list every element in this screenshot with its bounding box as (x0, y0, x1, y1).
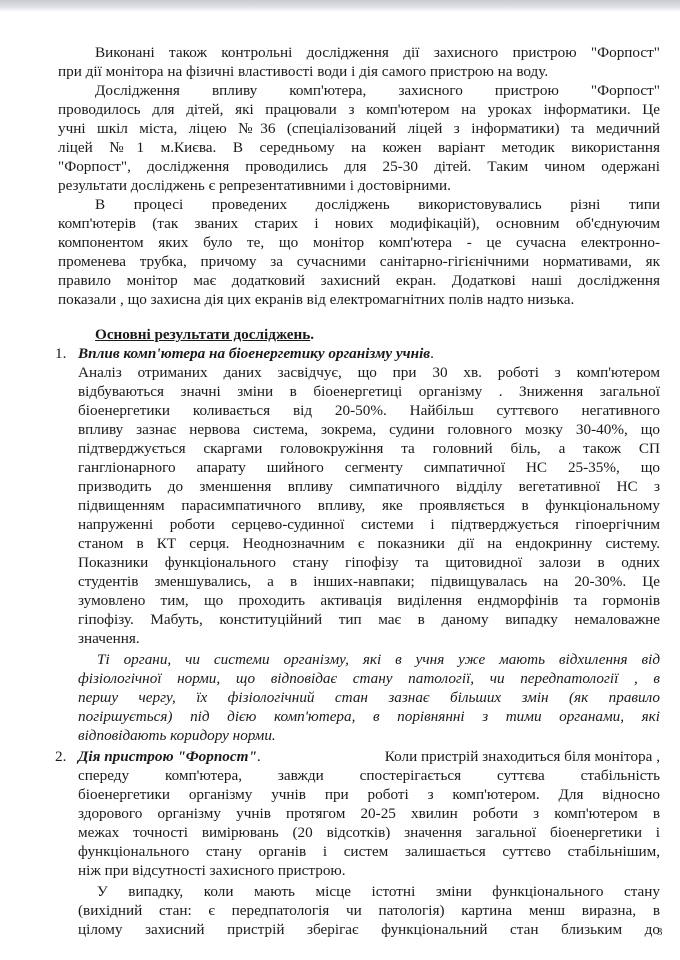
text-line: гангліонарного апарату шийного сегменту … (78, 459, 660, 477)
text-line: результати досліджень є репрезентативним… (58, 177, 451, 195)
text-line: функціонального стану органів і систем з… (78, 843, 660, 861)
text-line: В процесі проведених досліджень використ… (95, 196, 660, 214)
list-item-number: 1. (55, 345, 66, 363)
italic-line: Ті органи, чи системи організму, які в у… (97, 651, 660, 669)
text-line: значення. (78, 630, 140, 648)
text-line: призводить до зменшення впливу симпатичн… (78, 478, 660, 496)
text-line: Показники функціонального стану гіпофізу… (78, 554, 660, 572)
text-line: Виконані також контрольні дослідження ді… (95, 44, 660, 62)
section-heading-text: Основні результати досліджень (95, 326, 310, 343)
text-line: при дії монітора на фізичні властивості … (58, 63, 548, 81)
text-line: ніж при відсутності захисного пристрою. (78, 862, 346, 880)
text-line: компонентом яких було те, що монітор ком… (58, 234, 660, 252)
text-line: студентів зменшувались, а в інших-навпак… (78, 573, 660, 591)
text-line: здорового організму учнів протягом 20-25… (78, 805, 660, 823)
text-line: Аналіз отриманих даних засвідчує, що при… (78, 364, 660, 382)
list-item-number: 2. (55, 748, 66, 766)
item2-first-line: Дія пристрою "Форпост". Коли пристрій зн… (78, 748, 660, 766)
text-line: зумовлено тим, що проходить активація ви… (78, 592, 660, 610)
page-number: 3 (657, 926, 663, 938)
italic-line: відповідають коридору норми. (78, 727, 276, 745)
text-line: променева трубка, причому за сучасними с… (58, 253, 660, 271)
text-line: учні шкіл міста, ліцею №36 (спеціалізова… (58, 120, 660, 138)
item2-title-period: . (257, 748, 261, 765)
text-line: комп'ютерів (так званих старих і нових м… (58, 215, 660, 233)
italic-line: фізіологічної норми, що відповідає стану… (78, 670, 660, 688)
text-line: (вихідний стан: є передпатологія чи пато… (78, 902, 660, 920)
section-heading: Основні результати досліджень. (95, 326, 314, 344)
text-line: правило монітор має додатковий захисний … (58, 272, 660, 290)
text-line: У випадку, коли мають місце істотні змін… (97, 883, 660, 901)
heading-period: . (310, 326, 314, 343)
text-line: біоенергетики коливається від 20-50%. На… (78, 402, 660, 420)
document-page: Виконані також контрольні дослідження ді… (0, 0, 680, 960)
text-line: "Форпост", дослідження проводились для 2… (58, 158, 660, 176)
item1-title-period: . (430, 345, 434, 362)
item2-title-text: Дія пристрою "Форпост" (78, 748, 257, 765)
text-line: Дослідження впливу комп'ютера, захисного… (95, 82, 660, 100)
text-line: гіпофізу. Мабуть, конституційний тип має… (78, 611, 660, 629)
text-line: межах точності вимірювань (20 відсотків)… (78, 824, 660, 842)
text-line: спереду комп'ютера, завжди спостерігаєть… (78, 767, 660, 785)
text-line: відбуваються значні зміни в біоенергетиц… (78, 383, 660, 401)
text-line: впливу зазнає нервова система, зокрема, … (78, 421, 660, 439)
italic-line: першу чергу, їх фізіологічний стан зазна… (78, 689, 660, 707)
text-line: підтверджується скаргами головокружіння … (78, 440, 660, 458)
text-fragment: Коли пристрій знаходиться біля монітора … (385, 748, 660, 766)
text-line: підвищенням парасимпатичного впливу, яке… (78, 497, 660, 515)
italic-line: погіршується) під дією комп'ютера, в пор… (78, 708, 660, 726)
text-line: цілому захисний пристрій зберігає функці… (78, 921, 660, 939)
text-line: ліцей №1 м.Києва. В середньому на кожен … (58, 139, 660, 157)
item1-title-text: Вплив комп'ютера на біоенергетику органі… (78, 345, 430, 362)
item1-title: Вплив комп'ютера на біоенергетику органі… (78, 345, 434, 363)
text-line: напруженні роботи серцево-судинної систе… (78, 516, 660, 534)
text-line: проводилось для дітей, які працювали з к… (58, 101, 660, 119)
text-line: станом в КТ серця. Неоднозначним є показ… (78, 535, 660, 553)
text-line: показали , що захисна дія цих екранів ві… (58, 291, 574, 309)
text-line: біоенергетики організму учнів при роботі… (78, 786, 660, 804)
